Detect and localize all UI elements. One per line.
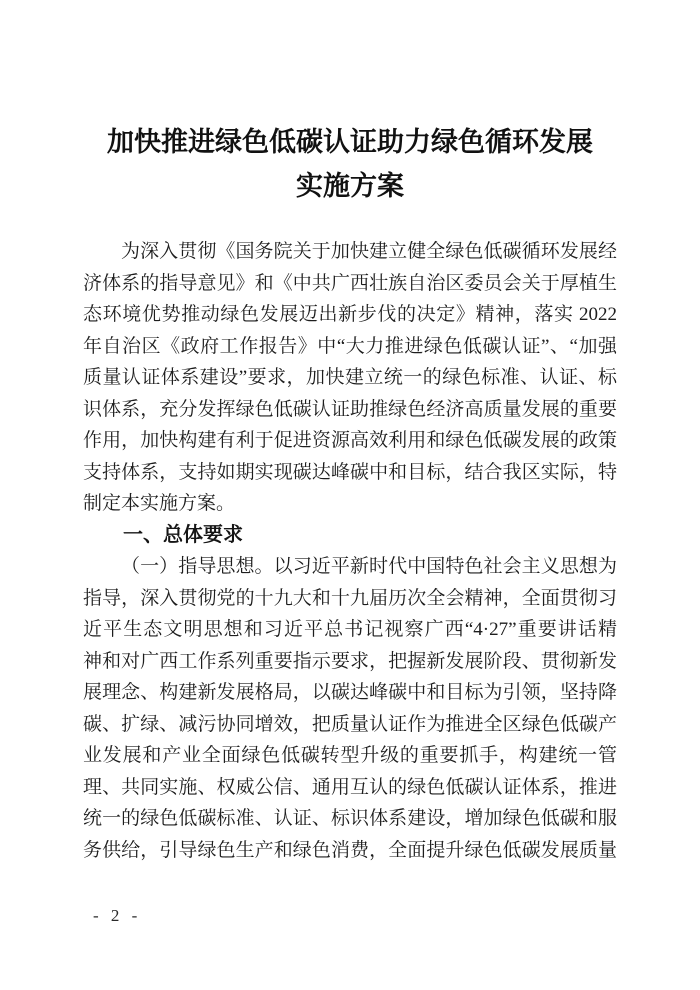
text-line: 碳、扩绿、减污协同增效，把质量认证作为推进全区绿色低碳产 (83, 709, 617, 741)
document-title: 加快推进绿色低碳认证助力绿色循环发展 实施方案 (0, 120, 700, 208)
text-line: 支持体系，支持如期实现碳达峰碳中和目标，结合我区实际，特 (83, 457, 617, 489)
text-line: 识体系，充分发挥绿色低碳认证助推绿色经济高质量发展的重要 (83, 394, 617, 426)
text-line: 制定本实施方案。 (83, 488, 617, 520)
text-line: 务供给，引导绿色生产和绿色消费，全面提升绿色低碳发展质量 (83, 835, 617, 867)
text-line: 济体系的指导意见》和《中共广西壮族自治区委员会关于厚植生 (83, 268, 617, 300)
text-line: 统一的绿色低碳标准、认证、标识体系建设，增加绿色低碳和服 (83, 803, 617, 835)
text-line: 指导，深入贯彻党的十九大和十九届历次全会精神，全面贯彻习 (83, 583, 617, 615)
document-title-line-2: 实施方案 (296, 171, 404, 201)
text-line: 理、共同实施、权威公信、通用互认的绿色低碳认证体系，推进 (83, 772, 617, 804)
text-line: 业发展和产业全面绿色低碳转型升级的重要抓手，构建统一管 (83, 740, 617, 772)
document-body: 为深入贯彻《国务院关于加快建立健全绿色低碳循环发展经济体系的指导意见》和《中共广… (83, 236, 617, 866)
page-number: - 2 - (93, 906, 141, 926)
document-page: 加快推进绿色低碳认证助力绿色循环发展 实施方案 为深入贯彻《国务院关于加快建立健… (0, 0, 700, 990)
text-line: 展理念、构建新发展格局，以碳达峰碳中和目标为引领，坚持降 (83, 677, 617, 709)
text-line: （一）指导思想。以习近平新时代中国特色社会主义思想为 (83, 551, 617, 583)
text-line: 态环境优势推动绿色发展迈出新步伐的决定》精神，落实 2022 (83, 299, 617, 331)
text-line: 作用，加快构建有利于促进资源高效利用和绿色低碳发展的政策 (83, 425, 617, 457)
text-line: 神和对广西工作系列重要指示要求，把握新发展阶段、贯彻新发 (83, 646, 617, 678)
text-line: 近平生态文明思想和习近平总书记视察广西“4·27”重要讲话精 (83, 614, 617, 646)
text-line: 年自治区《政府工作报告》中“大力推进绿色低碳认证”、“加强 (83, 331, 617, 363)
text-line: 质量认证体系建设”要求，加快建立统一的绿色标准、认证、标 (83, 362, 617, 394)
section-heading: 一、总体要求 (83, 520, 617, 552)
document-title-line-1: 加快推进绿色低碳认证助力绿色循环发展 (107, 127, 593, 157)
text-line: 为深入贯彻《国务院关于加快建立健全绿色低碳循环发展经 (83, 236, 617, 268)
